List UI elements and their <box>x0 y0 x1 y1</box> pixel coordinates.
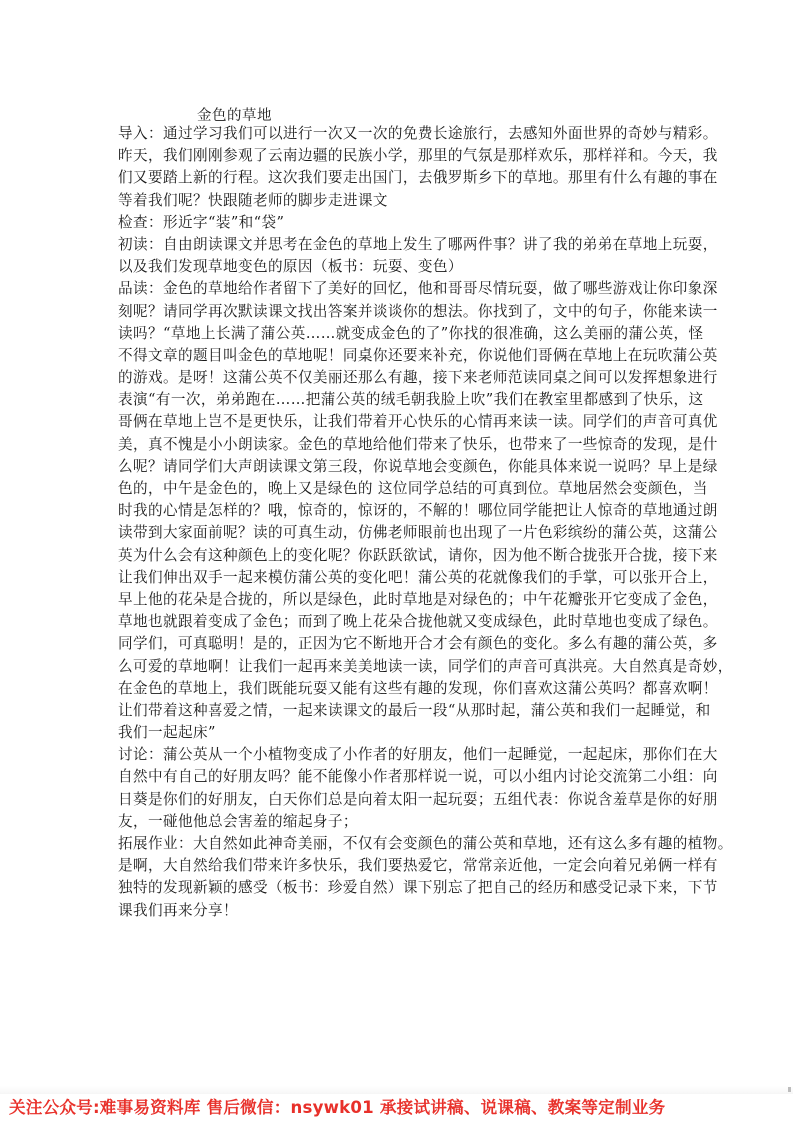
text-line: 让们带着这种喜爱之情，一起来读课文的最后一段“从那时起，蒲公英和我们一起睡觉，和 <box>118 700 688 722</box>
text-line: 么可爱的草地啊！让我们一起再来美美地读一读，同学们的声音可真洪亮。大自然真是奇妙… <box>118 656 688 678</box>
text-line: 的游戏。是呀！这蒲公英不仅美丽还那么有趣，接下来老师范读同桌之间可以发挥想象进行 <box>118 367 688 389</box>
text-line: 早上他的花朵是合拢的，所以是绿色，此时草地是对绿色的；中午花瓣张开它变成了金色， <box>118 589 688 611</box>
text-line: 在金色的草地上，我们既能玩耍又能有这些有趣的发现，你们喜欢这蒲公英吗？都喜欢啊！ <box>118 678 688 700</box>
text-line: 色的，中午是金色的，晚上又是绿色的 这位同学总结的可真到位。草地居然会变颜色，当 <box>118 478 688 500</box>
text-line: 英为什么会有这种颜色上的变化呢？你跃跃欲试，请你，因为他不断合拢张开合拢，接下来 <box>118 545 688 567</box>
text-line: 们又要踏上新的行程。这次我们要走出国门，去俄罗斯乡下的草地。那里有什么有趣的事在 <box>118 167 688 189</box>
text-line: 读带到大家面前呢？读的可真生动，仿佛老师眼前也出现了一片色彩缤纷的蒲公英，这蒲公 <box>118 522 688 544</box>
footer-divider <box>0 1086 793 1094</box>
text-line: 时我的心情是怎样的？哦，惊奇的，惊讶的，不解的！哪位同学能把让人惊奇的草地通过朗 <box>118 500 688 522</box>
text-line: 检查：形近字“装”和“袋” <box>118 212 688 234</box>
footer-banner: 关注公众号:难事易资料库 售后微信：nsywk01 承接试讲稿、说课稿、教案等定… <box>9 1096 793 1120</box>
text-line: 是啊，大自然给我们带来许多快乐，我们要热爱它，常常亲近他，一定会向着兄弟俩一样有 <box>118 855 688 877</box>
text-line: 课我们再来分享！ <box>118 900 688 922</box>
text-line: 让我们伸出双手一起来模仿蒲公英的变化吧！蒲公英的花就像我们的手掌，可以张开合上， <box>118 567 688 589</box>
document-page: 金色的草地 导入：通过学习我们可以进行一次又一次的免费长途旅行，去感知外面世界的… <box>0 0 793 1122</box>
text-line: 么呢？请同学们大声朗读课文第三段，你说草地会变颜色，你能具体来说一说吗？早上是绿 <box>118 456 688 478</box>
text-line: 哥俩在草地上岂不是更快乐，让我们带着开心快乐的心情再来读一读。同学们的声音可真优 <box>118 411 688 433</box>
text-line: 表演“有一次，弟弟跑在……把蒲公英的绒毛朝我脸上吹”我们在教室里都感到了快乐，这 <box>118 389 688 411</box>
text-line: 我们一起起床” <box>118 722 688 744</box>
text-line: 草地也就跟着变成了金色；而到了晚上花朵合拢他就又变成绿色，此时草地也变成了绿色。 <box>118 611 688 633</box>
text-line: 初读：自由朗读课文并思考在金色的草地上发生了哪两件事？讲了我的弟弟在草地上玩耍， <box>118 234 688 256</box>
text-line: 读吗？“草地上长满了蒲公英……就变成金色的了”你找的很准确，这么美丽的蒲公英，怪 <box>118 323 688 345</box>
text-line: 美，真不愧是小小朗读家。金色的草地给他们带来了快乐，也带来了一些惊奇的发现，是什 <box>118 434 688 456</box>
text-line: 同学们，可真聪明！是的，正因为它不断地开合才会有颜色的变化。多么有趣的蒲公英，多 <box>118 633 688 655</box>
text-line: 讨论：蒲公英从一个小植物变成了小作者的好朋友，他们一起睡觉，一起起床，那你们在大 <box>118 744 688 766</box>
text-line: 拓展作业：大自然如此神奇美丽，不仅有会变颜色的蒲公英和草地，还有这么多有趣的植物… <box>118 833 688 855</box>
text-line: 刻呢？请同学再次默读课文找出答案并谈谈你的想法。你找到了，文中的句子，你能来读一 <box>118 301 688 323</box>
text-line: 独特的发现新颖的感受（板书：珍爱自然）课下别忘了把自己的经历和感受记录下来，下节 <box>118 877 688 899</box>
text-line: 导入：通过学习我们可以进行一次又一次的免费长途旅行，去感知外面世界的奇妙与精彩。 <box>118 123 688 145</box>
text-line: 日葵是你们的好朋友，白天你们总是向着太阳一起玩耍；五组代表：你说含羞草是你的好朋 <box>118 789 688 811</box>
document-body: 导入：通过学习我们可以进行一次又一次的免费长途旅行，去感知外面世界的奇妙与精彩。… <box>118 123 688 922</box>
text-line: 等着我们呢？快跟随老师的脚步走进课文 <box>118 190 688 212</box>
text-line: 自然中有自己的好朋友吗？能不能像小作者那样说一说，可以小组内讨论交流第二小组：向 <box>118 766 688 788</box>
text-line: 昨天，我们刚刚参观了云南边疆的民族小学，那里的气氛是那样欢乐，那样祥和。今天，我 <box>118 145 688 167</box>
text-line: 品读：金色的草地给作者留下了美好的回忆，他和哥哥尽情玩耍，做了哪些游戏让你印象深 <box>118 278 688 300</box>
text-line: 友，一碰他他总会害羞的缩起身子； <box>118 811 688 833</box>
text-line: 不得文章的题目叫金色的草地呢！同桌你还要来补充，你说他们哥俩在草地上在玩吹蒲公英 <box>118 345 688 367</box>
corner-mark-decoration <box>788 1087 791 1092</box>
text-line: 以及我们发现草地变色的原因（板书：玩耍、变色） <box>118 256 688 278</box>
